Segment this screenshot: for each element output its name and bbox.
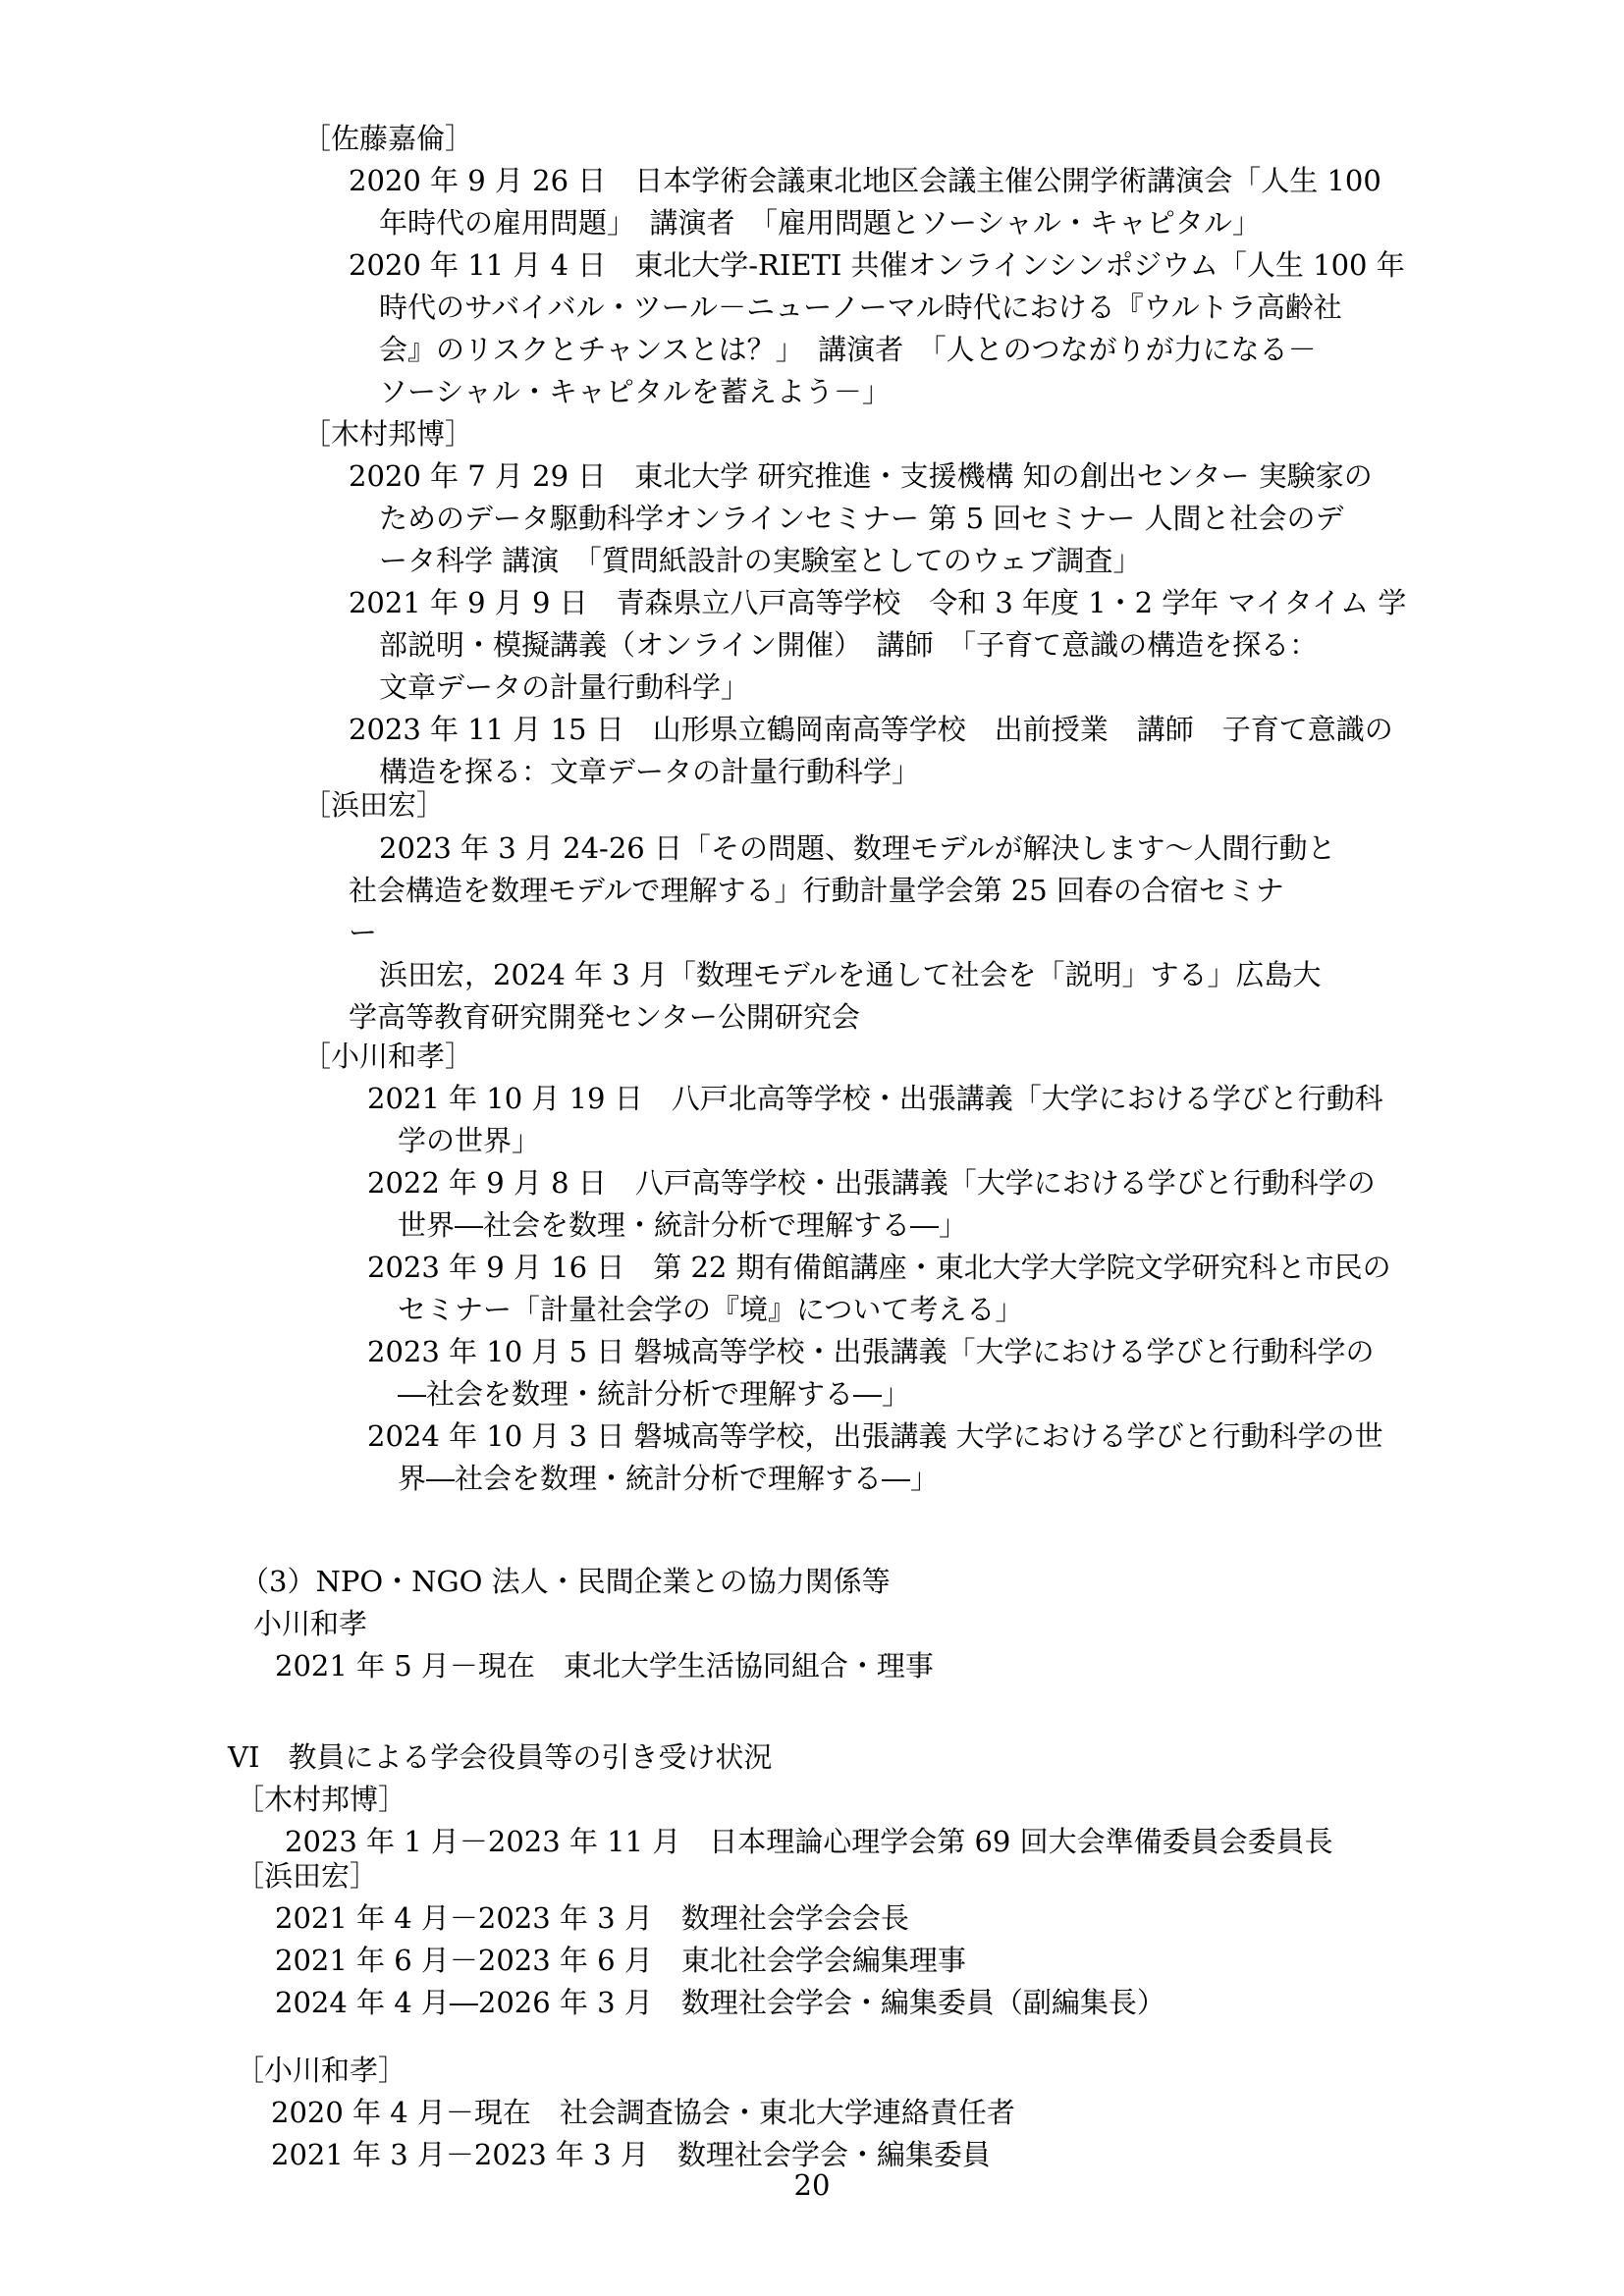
event-line: ソーシャル・キャピタルを蓄えよう－」 (379, 369, 891, 414)
event-line: 2023 年 9 月 16 日 第 22 期有備館講座・東北大学大学院文学研究科… (367, 1245, 1391, 1290)
event-line: 2023 年 3 月 24-26 日「その問題、数理モデルが解決します～人間行動… (379, 826, 1336, 871)
event-line: 2020 年 11 月 4 日 東北大学-RIETI 共催オンラインシンポジウム… (349, 242, 1405, 288)
page-number: 20 (0, 2163, 1624, 2208)
event-line: 世界―社会を数理・統計分析で理解する―」 (398, 1202, 967, 1248)
event-line: 界―社会を数理・統計分析で理解する―」 (398, 1456, 939, 1501)
role-line: 2024 年 4 月―2026 年 3 月 数理社会学会・編集委員（副編集長） (275, 1980, 1165, 2025)
event-line: 2021 年 10 月 19 日 八戸北高等学校・出張講義「大学における学びと行… (367, 1076, 1383, 1121)
person-heading-kimura: ［木村邦博］ (302, 411, 473, 456)
role-line: 2020 年 4 月－現在 社会調査協会・東北大学連絡責任者 (271, 2090, 1015, 2135)
event-line: ―社会を数理・統計分析で理解する―」 (398, 1371, 910, 1416)
section-heading-vi: VI 教員による学会役員等の引き受け状況 (228, 1735, 772, 1780)
role-line: 2021 年 6 月－2023 年 6 月 東北社会学会編集理事 (275, 1938, 966, 1983)
person-heading-hamada: ［浜田宏］ (302, 782, 445, 828)
person-heading-kimura: ［木村邦博］ (236, 1777, 406, 1822)
event-line: 2023 年 11 月 15 日 山形県立鶴岡南高等学校 出前授業 講師 子育て… (349, 707, 1393, 752)
event-line: 年時代の雇用問題」 講演者 「雇用問題とソーシャル・キャピタル」 (379, 200, 1261, 245)
event-line: 2021 年 9 月 9 日 青森県立八戸高等学校 令和 3 年度 1・2 学年… (349, 580, 1406, 625)
person-heading-ogawa: ［小川和孝］ (236, 2048, 406, 2093)
person-heading-sato: ［佐藤嘉倫］ (302, 116, 473, 161)
event-line: ためのデータ駆動科学オンラインセミナー 第 5 回セミナー 人間と社会のデ (379, 496, 1343, 541)
event-line: 学の世界」 (398, 1118, 540, 1163)
npo-line: 2021 年 5 月－現在 東北大学生活協同組合・理事 (275, 1643, 934, 1688)
event-line: ー (349, 910, 377, 955)
event-line: 2024 年 10 月 3 日 磐城高等学校，出張講義 大学における学びと行動科… (367, 1414, 1383, 1459)
event-line: 2022 年 9 月 8 日 八戸高等学校・出張講義「大学における学びと行動科学… (367, 1160, 1376, 1205)
role-line: 2021 年 4 月－2023 年 3 月 数理社会学会会長 (275, 1896, 909, 1941)
role-line: 2023 年 1 月－2023 年 11 月 日本理論心理学会第 69 回大会準… (285, 1819, 1333, 1864)
npo-person: 小川和孝 (253, 1601, 367, 1646)
event-line: 時代のサバイバル・ツール－ニューノーマル時代における『ウルトラ高齢社 (379, 285, 1342, 330)
event-line: 浜田宏，2024 年 3 月「数理モデルを通して社会を「説明」する」広島大 (379, 952, 1321, 997)
person-heading-ogawa: ［小川和孝］ (302, 1034, 473, 1079)
document-page: ［佐藤嘉倫］ 2020 年 9 月 26 日 日本学術会議東北地区会議主催公開学… (0, 0, 1624, 2296)
section-heading-npo: （3）NPO・NGO 法人・民間企業との協力関係等 (241, 1559, 891, 1604)
event-line: 2023 年 10 月 5 日 磐城高等学校・出張講義「大学における学びと行動科… (367, 1329, 1374, 1374)
event-line: ータ科学 講演 「質問紙設計の実験室としてのウェブ調査」 (379, 538, 1142, 583)
event-line: 会』のリスクとチャンスとは？」 講演者 「人とのつながりが力になる－ (379, 327, 1317, 372)
event-line: 2020 年 9 月 26 日 日本学術会議東北地区会議主催公開学術講演会「人生… (349, 158, 1381, 203)
event-line: 部説明・模擬講義（オンライン開催） 講師 「子育て意識の構造を探る： (379, 622, 1318, 667)
event-line: セミナー「計量社会学の『境』について考える」 (398, 1287, 1023, 1332)
event-line: 社会構造を数理モデルで理解する」行動計量学会第 25 回春の合宿セミナ (349, 868, 1284, 913)
person-heading-hamada: ［浜田宏］ (236, 1853, 378, 1898)
event-line: 文章データの計量行動科学」 (379, 665, 749, 710)
event-line: 構造を探る：文章データの計量行動科学」 (379, 749, 920, 794)
event-line: 2020 年 7 月 29 日 東北大学 研究推進・支援機構 知の創出センター … (349, 454, 1373, 499)
